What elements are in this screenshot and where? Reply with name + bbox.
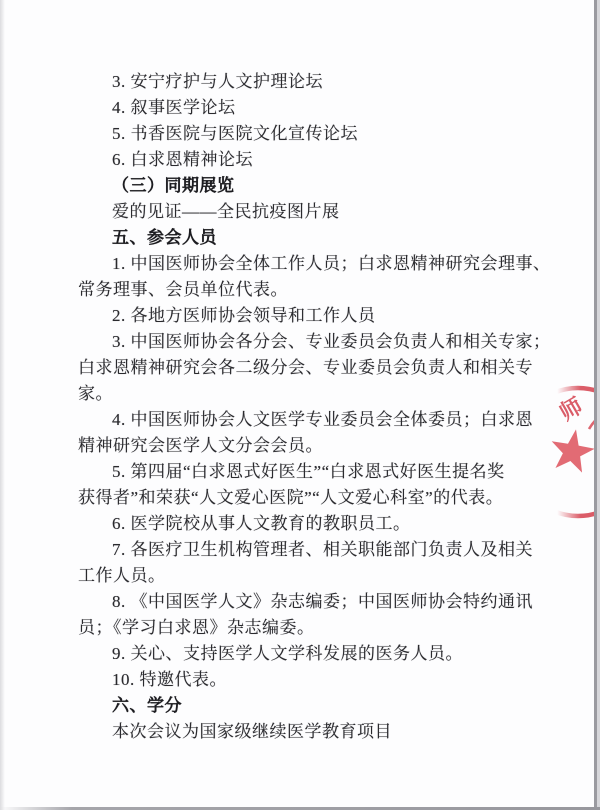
text-line: 精神研究会医学人文分会会员。 bbox=[78, 433, 548, 459]
text-line: 3. 安宁疗护与人文护理论坛 bbox=[78, 69, 548, 95]
text-line: 7. 各医疗卫生机构管理者、相关职能部门负责人及相关 bbox=[78, 537, 548, 563]
text-line: 员；《学习白求恩》杂志编委。 bbox=[78, 615, 548, 641]
text-line: 本次会议为国家级继续医学教育项目 bbox=[78, 719, 548, 745]
text-line: 获得者”和荣获“人文爱心医院”“人文爱心科室”的代表。 bbox=[78, 485, 548, 511]
text-line: （三）同期展览 bbox=[78, 173, 548, 199]
text-line: 3. 中国医师协会各分会、专业委员会负责人和相关专家； bbox=[78, 329, 548, 355]
text-line: 10. 特邀代表。 bbox=[78, 667, 548, 693]
text-line: 五、参会人员 bbox=[78, 225, 548, 251]
seal-character: 师 bbox=[555, 393, 587, 426]
scan-edge-left bbox=[0, 0, 5, 810]
text-line: 六、学分 bbox=[78, 693, 548, 719]
text-line: 9. 关心、支持医学人文学科发展的医务人员。 bbox=[78, 641, 548, 667]
text-block: 3. 安宁疗护与人文护理论坛4. 叙事医学论坛5. 书香医院与医院文化宣传论坛6… bbox=[78, 69, 548, 745]
text-line: 常务理事、会员单位代表。 bbox=[78, 277, 548, 303]
text-line: 5. 书香医院与医院文化宣传论坛 bbox=[78, 121, 548, 147]
document-page: 3. 安宁疗护与人文护理论坛4. 叙事医学论坛5. 书香医院与医院文化宣传论坛6… bbox=[0, 0, 600, 810]
text-line: 1. 中国医师协会全体工作人员；白求恩精神研究会理事、 bbox=[78, 251, 548, 277]
text-line: 工作人员。 bbox=[78, 563, 548, 589]
text-line: 2. 各地方医师协会领导和工作人员 bbox=[78, 303, 548, 329]
text-line: 白求恩精神研究会各二级分会、专业委员会负责人和相关专 bbox=[78, 355, 548, 381]
text-line: 8. 《中国医学人文》杂志编委；中国医师协会特约通讯 bbox=[78, 589, 548, 615]
star-icon bbox=[552, 429, 595, 472]
text-line: 爱的见证——全民抗疫图片展 bbox=[78, 199, 548, 225]
text-line: 6. 医学院校从事人文教育的教职员工。 bbox=[78, 511, 548, 537]
text-line: 6. 白求恩精神论坛 bbox=[78, 147, 548, 173]
text-line: 4. 叙事医学论坛 bbox=[78, 95, 548, 121]
text-line: 家。 bbox=[78, 381, 548, 407]
text-line: 5. 第四届“白求恩式好医生”“白求恩式好医生提名奖 bbox=[78, 459, 548, 485]
text-line: 4. 中国医师协会人文医学专业委员会全体委员；白求恩 bbox=[78, 407, 548, 433]
